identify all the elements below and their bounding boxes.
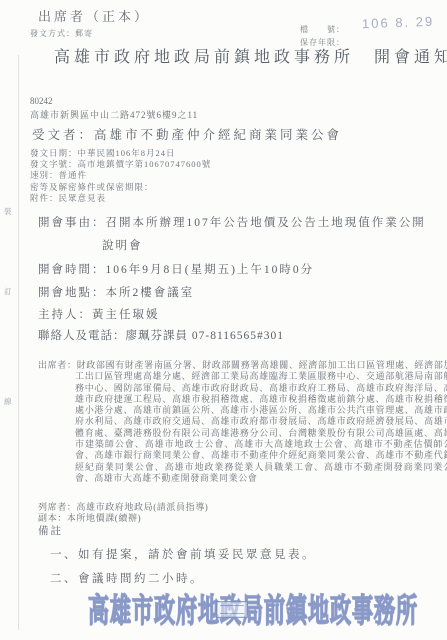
attendees-paragraph: 出席者：財政部國有財產署南區分署、財政部關務署高雄關、經濟部加工出口區管理處、經… bbox=[38, 360, 447, 484]
notes-label: 備註 bbox=[38, 523, 63, 538]
attachment-note: 附件：民眾意見表 bbox=[30, 193, 330, 204]
binding-mark-xian: 線 bbox=[4, 396, 12, 407]
meeting-place: 開會地點：本所2樓會議室 bbox=[38, 284, 194, 300]
meeting-contact: 聯絡人及電話：廖珮芬課員 07-8116565#301 bbox=[38, 327, 284, 343]
attendees-label: 出席者： bbox=[38, 360, 77, 370]
meeting-host: 主持人：黃主任琡媛 bbox=[38, 306, 160, 322]
binding-mark-ding: 訂 bbox=[4, 286, 12, 297]
attendees-list: 財政部國有財產署南區分署、財政部關務署高雄關、經濟部加工出口區管理處、經濟部加工… bbox=[75, 360, 447, 483]
note-item-2: 二、會議時間約二小時。 bbox=[50, 570, 204, 586]
recipient-address: 高雄市新興區中山二路472號6樓9之11 bbox=[30, 108, 198, 121]
small-chop-stamp bbox=[216, 601, 248, 618]
document-meta-block: 發文日期：中華民國106年8月24日 發文字號：高市地鎮價字第106707476… bbox=[30, 148, 330, 204]
scan-edge-shadow bbox=[0, 0, 7, 640]
meeting-notice-document: 裝 訂 線 出席者（正本） 發文方式：郵寄 檔 號： 保存年限： 106 8. … bbox=[0, 0, 447, 640]
file-number-label: 檔 號： bbox=[300, 24, 345, 35]
recipient-line: 受文者：高雄市不動產仲介經紀商業同業公會 bbox=[32, 125, 342, 143]
meeting-subject-line1: 開會事由：召開本所辦理107年公告地價及公告土地現值作業公開 bbox=[38, 214, 426, 230]
received-date-stamp: 106 8. 29 bbox=[362, 14, 435, 32]
security-class: 密等及解密條件或保密期限： bbox=[30, 182, 330, 193]
binding-margin-line bbox=[18, 55, 19, 630]
office-seal-stamp: 高雄市政府地政局前鎮地政事務所 bbox=[88, 586, 412, 633]
speed-class: 速別：普通件 bbox=[30, 170, 330, 181]
document-title: 高雄市政府地政局前鎮地政事務所 開會通知單 bbox=[54, 44, 447, 67]
binding-mark-zhuang: 裝 bbox=[4, 206, 12, 217]
meeting-time: 開會時間：106年9月8日(星期五)上午10時0分 bbox=[38, 261, 314, 277]
issue-date: 發文日期：中華民國106年8月24日 bbox=[30, 148, 330, 159]
postal-code: 80242 bbox=[30, 96, 53, 106]
copy-type-note: 出席者（正本） bbox=[38, 6, 150, 25]
meeting-subject-line2: 說明會 bbox=[102, 237, 143, 253]
send-method: 發文方式：郵寄 bbox=[30, 28, 93, 39]
doc-number: 發文字號：高市地鎮價字第10670747600號 bbox=[30, 159, 330, 170]
note-item-1: 一、如有提案，請於會前填妥民眾意見表。 bbox=[50, 546, 316, 562]
